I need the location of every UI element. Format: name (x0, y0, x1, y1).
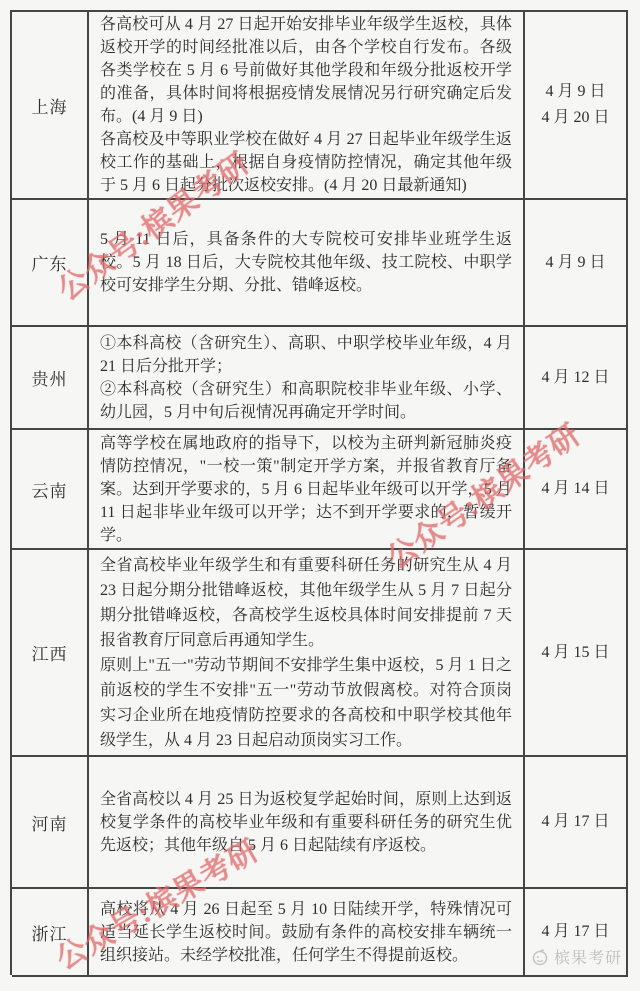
policy-text: 5 月 11 日后，具备条件的大专院校可安排毕业班学生返校。5 月 18 日后，… (89, 200, 525, 327)
binguo-kaoyan-logo: 槟果考研 (531, 945, 622, 968)
province-label: 河南 (12, 757, 89, 889)
logo-text: 槟果考研 (554, 945, 622, 968)
policy-text: 高等学校在属地政府的指导下，以校为主研判新冠肺炎疫情防控情况，"一校一策"制定开… (89, 430, 525, 550)
announce-date: 4 月 15 日 (525, 550, 628, 757)
announce-date: 4 月 14 日 (525, 430, 628, 550)
table-row-jiangxi: 江西 全省高校毕业年级学生和有重要科研任务的研究生从 4 月 23 日起分期分批… (12, 550, 628, 757)
province-label: 江西 (12, 550, 89, 757)
province-label: 上海 (12, 12, 89, 200)
policy-text: 各高校可从 4 月 27 日起开始安排毕业年级学生返校，具体返校开学的时间经批准… (89, 12, 525, 200)
table-row-yunnan: 云南 高等学校在属地政府的指导下，以校为主研判新冠肺炎疫情防控情况，"一校一策"… (12, 430, 628, 550)
province-label: 贵州 (12, 327, 89, 430)
table-row-guangdong: 广东 5 月 11 日后，具备条件的大专院校可安排毕业班学生返校。5 月 18 … (12, 200, 628, 327)
province-label: 浙江 (12, 889, 89, 977)
province-label: 广东 (12, 200, 89, 327)
province-label: 云南 (12, 430, 89, 550)
policy-text: 高校将从 4 月 26 日起至 5 月 10 日陆续开学，特殊情况可适当延长学生… (89, 889, 525, 977)
binguo-logo-icon (531, 948, 549, 966)
table-row-shanghai: 上海 各高校可从 4 月 27 日起开始安排毕业年级学生返校，具体返校开学的时间… (12, 12, 628, 200)
reopening-schedule-table: 上海 各高校可从 4 月 27 日起开始安排毕业年级学生返校，具体返校开学的时间… (10, 10, 628, 975)
policy-text: 全省高校毕业年级学生和有重要科研任务的研究生从 4 月 23 日起分期分批错峰返… (89, 550, 525, 757)
announce-date: 4 月 12 日 (525, 327, 628, 430)
announce-date: 4 月 17 日 (525, 757, 628, 889)
policy-text: ①本科高校（含研究生）、高职、中职学校毕业年级，4 月 21 日后分批开学； ②… (89, 327, 525, 430)
announce-date: 4 月 9 日 4 月 20 日 (525, 12, 628, 200)
table-row-guizhou: 贵州 ①本科高校（含研究生）、高职、中职学校毕业年级，4 月 21 日后分批开学… (12, 327, 628, 430)
announce-date: 4 月 9 日 (525, 200, 628, 327)
policy-text: 全省高校以 4 月 25 日为返校复学起始时间，原则上达到返校复学条件的高校毕业… (89, 757, 525, 889)
table-row-henan: 河南 全省高校以 4 月 25 日为返校复学起始时间，原则上达到返校复学条件的高… (12, 757, 628, 889)
